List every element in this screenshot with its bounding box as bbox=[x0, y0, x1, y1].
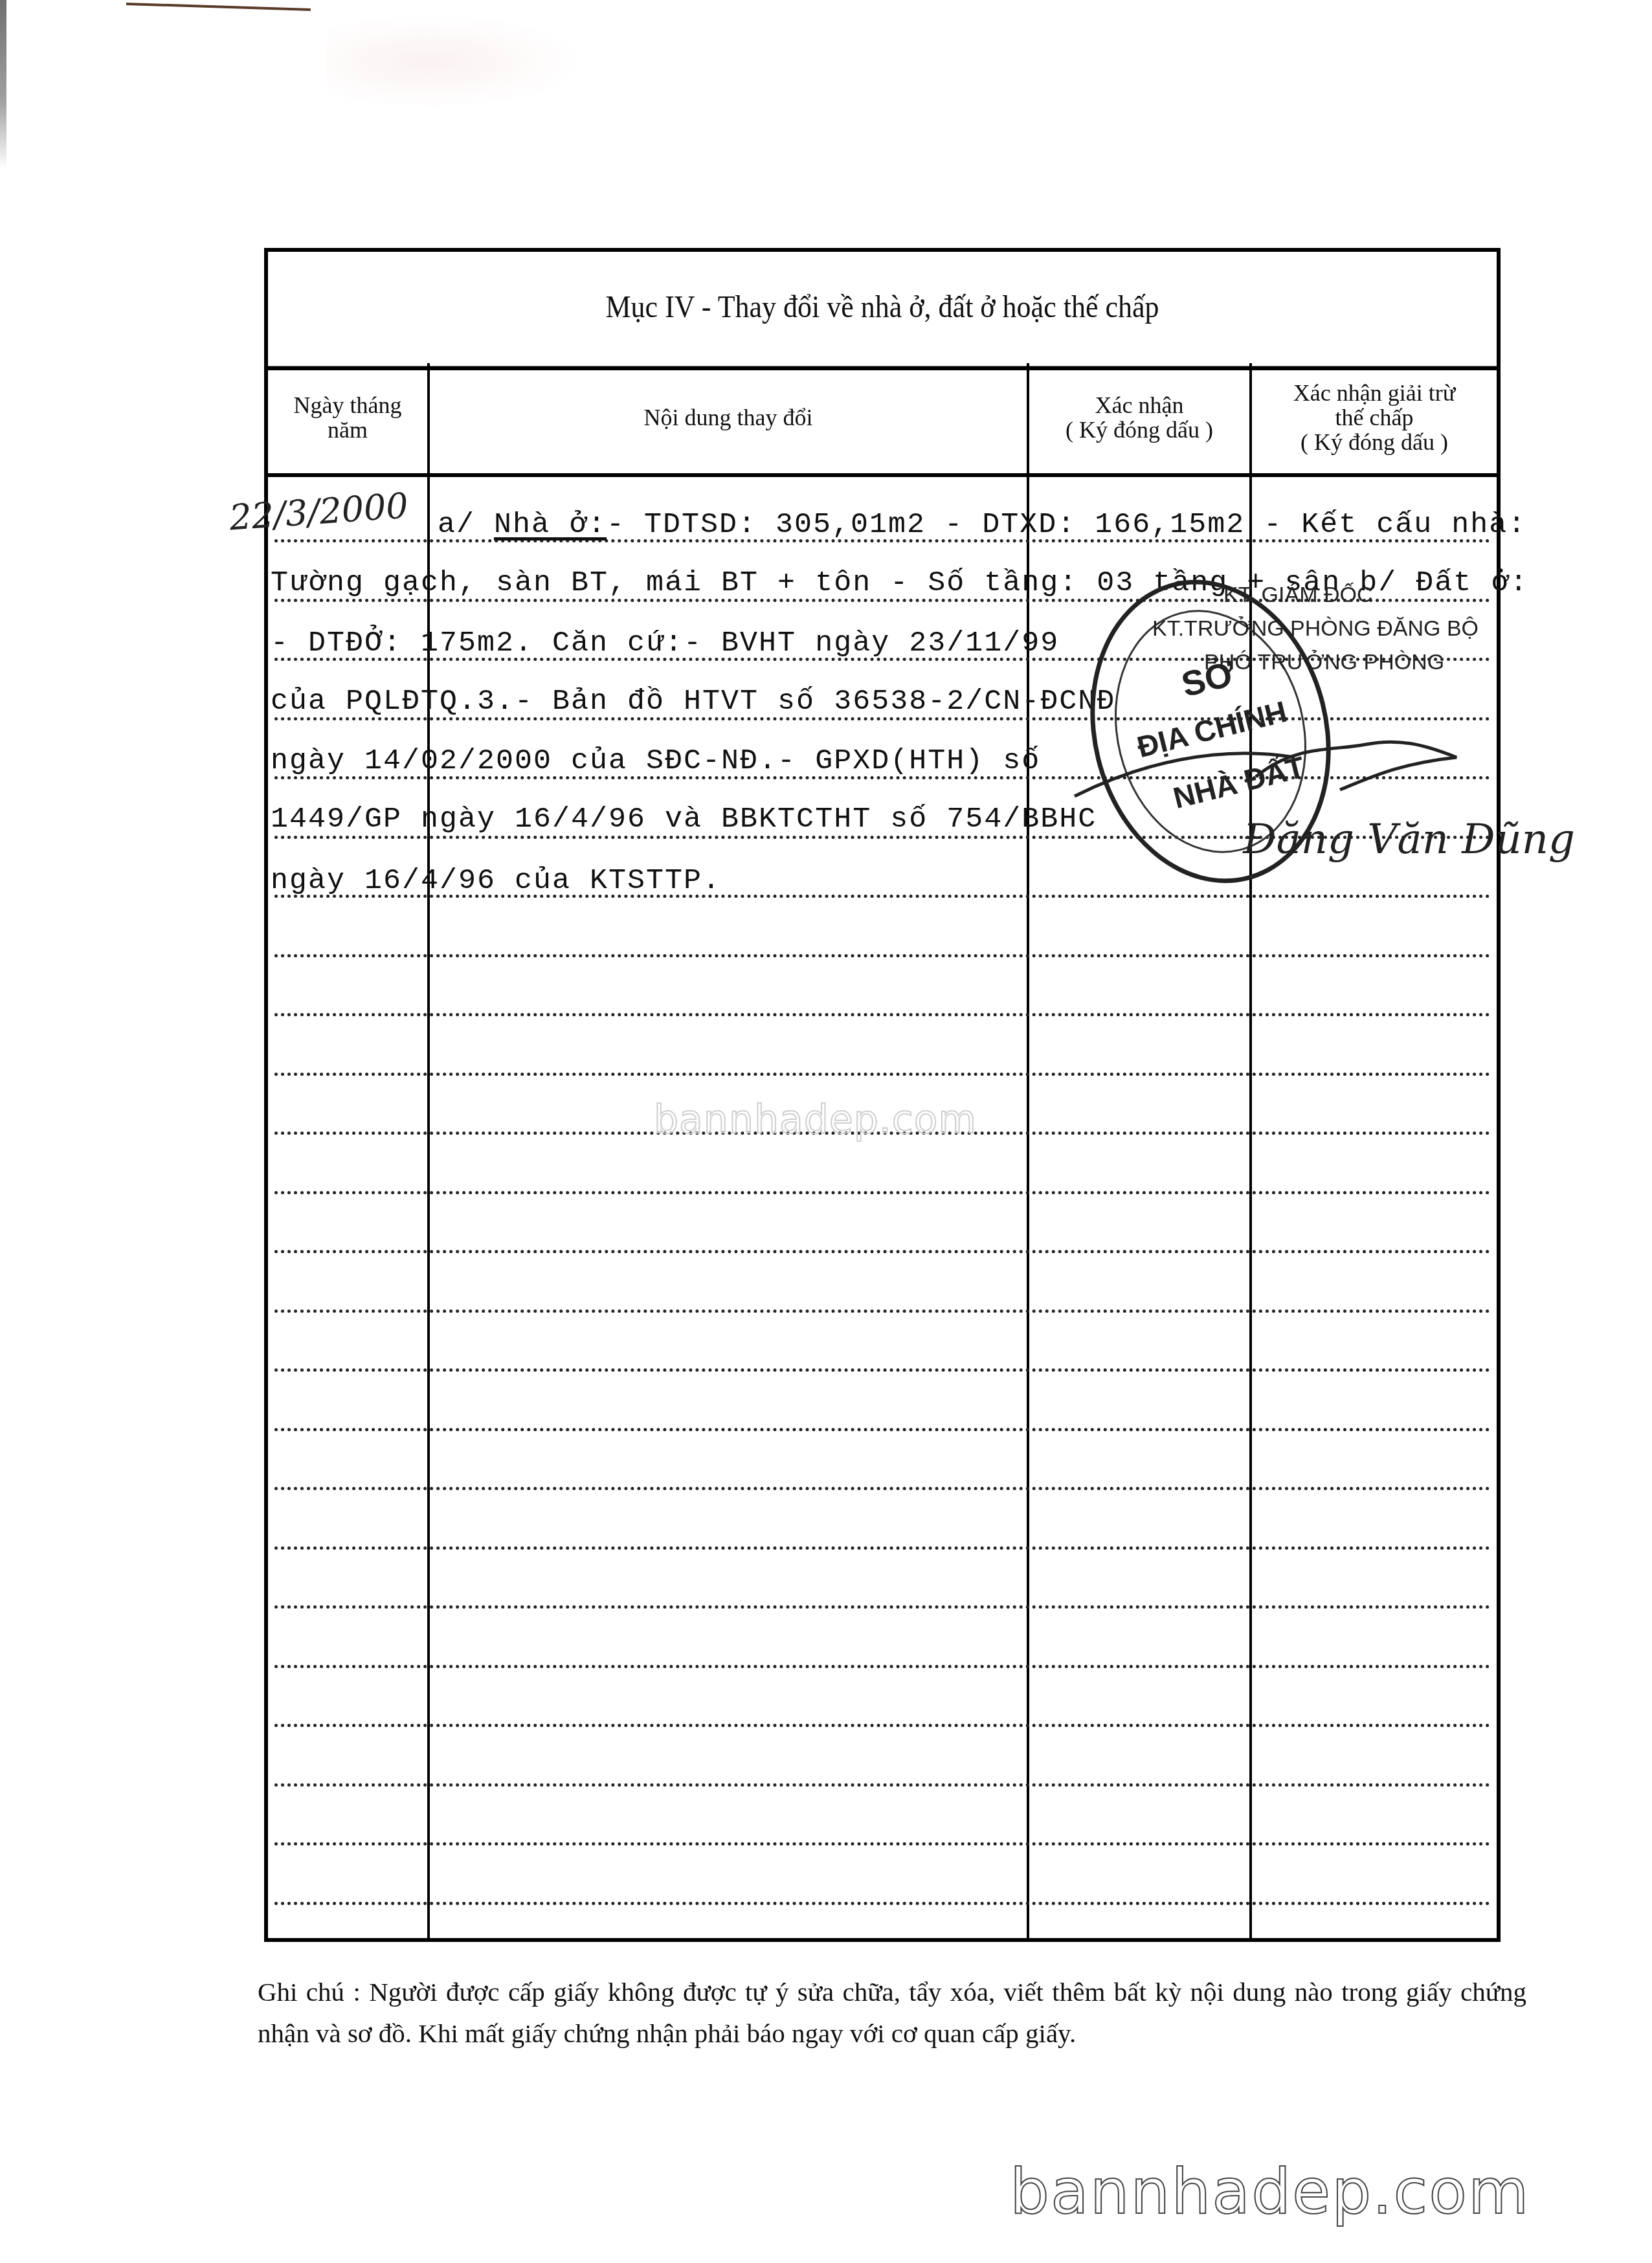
column-header-content: Nội dung thay đổi bbox=[430, 363, 1027, 473]
dotted-rule-line bbox=[274, 1073, 1490, 1076]
entry-line-6: 1449/GP ngày 16/4/96 và BBKTCTHT số 754/… bbox=[271, 803, 1097, 836]
dotted-rule-line bbox=[274, 954, 1490, 957]
signature-scribble bbox=[1062, 719, 1476, 809]
dotted-rule-line bbox=[274, 1428, 1490, 1431]
dotted-rule-line bbox=[274, 1487, 1490, 1490]
entry-line-3: - DTĐỞ: 175m2. Căn cứ:- BVHT ngày 23/11/… bbox=[271, 627, 1059, 660]
watermark: bannhadep.com bbox=[654, 1097, 977, 1143]
dotted-rule-line bbox=[274, 1605, 1490, 1609]
watermark: bannhadep.com bbox=[1010, 2156, 1530, 2228]
signer-title: KT. GIÁM ĐỐC bbox=[1223, 583, 1372, 608]
entry-date: 22/3/2000 bbox=[228, 485, 410, 538]
column-header-row: Ngày thángnăm Nội dung thay đổi Xác nhận… bbox=[268, 363, 1497, 477]
page-fold-line bbox=[126, 3, 311, 11]
dotted-rule-line bbox=[274, 1013, 1490, 1016]
column-header-mortgage-release: Xác nhận giải trừthế chấp( Ký đóng dấu ) bbox=[1252, 363, 1497, 473]
bleed-through-stamp bbox=[327, 13, 586, 110]
dotted-rule-line bbox=[274, 1783, 1490, 1787]
dotted-rule-line bbox=[274, 1842, 1490, 1845]
entry-line-5: ngày 14/02/2000 của SĐC-NĐ.- GPXD(HTH) s… bbox=[271, 744, 1040, 777]
underlined-heading: Nhà ở: bbox=[494, 508, 607, 541]
signer-name: Đặng Văn Dũng bbox=[1243, 816, 1575, 864]
dotted-rule-line bbox=[274, 1368, 1490, 1372]
entry-line-7: ngày 16/4/96 của KTSTTP. bbox=[271, 864, 721, 897]
scan-edge bbox=[0, 0, 6, 168]
entry-line-4: của PQLĐTQ.3.- Bản đồ HTVT số 36538-2/CN… bbox=[271, 685, 1115, 718]
dotted-rule-line bbox=[274, 1665, 1490, 1668]
dotted-rule-line bbox=[274, 1310, 1490, 1313]
column-header-date: Ngày thángnăm bbox=[268, 363, 427, 473]
dotted-rule-line bbox=[274, 1250, 1490, 1253]
dotted-rule-line bbox=[274, 1902, 1490, 1905]
entry-line-1: a/ Nhà ở:- TDTSD: 305,01m2 - DTXD: 166,1… bbox=[438, 508, 1526, 541]
signer-title: PHÓ TRƯỞNG PHÒNG bbox=[1204, 650, 1444, 675]
dotted-rule-line bbox=[274, 1191, 1490, 1194]
changes-table: Mục IV - Thay đổi về nhà ở, đất ở hoặc t… bbox=[264, 248, 1501, 1942]
footnote: Ghi chú : Người được cấp giấy không được… bbox=[258, 1971, 1526, 2054]
section-title: Mục IV - Thay đổi về nhà ở, đất ở hoặc t… bbox=[268, 247, 1497, 370]
dotted-rule-line bbox=[274, 1546, 1490, 1550]
signer-title: KT.TRƯỞNG PHÒNG ĐĂNG BỘ bbox=[1152, 616, 1479, 641]
dotted-rule-line bbox=[274, 1724, 1490, 1727]
column-header-confirmation: Xác nhận( Ký đóng dấu ) bbox=[1029, 363, 1249, 473]
